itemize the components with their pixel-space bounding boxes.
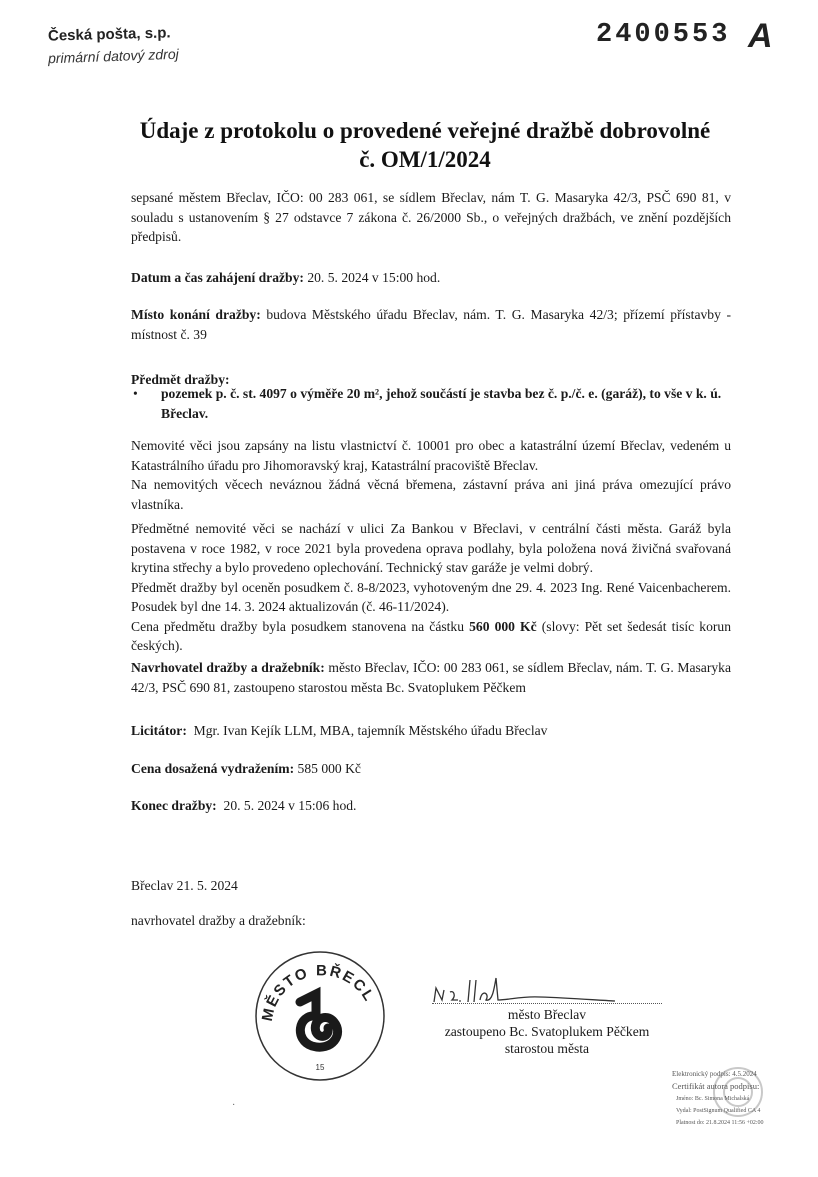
- final-price-value: 585 000 Kč: [294, 761, 361, 776]
- start-value: 20. 5. 2024 v 15:00 hod.: [304, 270, 440, 285]
- city-stamp-icon: MĚSTO BŘECLAV 15: [250, 944, 390, 1084]
- intro-paragraph: sepsané městem Břeclav, IČO: 00 283 061,…: [131, 188, 731, 247]
- document-number: 2400553: [596, 20, 730, 50]
- auctioneer: Licitátor: Mgr. Ivan Kejík LLM, MBA, taj…: [131, 721, 731, 741]
- auctioneer-value: Mgr. Ivan Kejík LLM, MBA, tajemník Městs…: [187, 723, 548, 738]
- auction-end: Konec dražby: 20. 5. 2024 v 15:06 hod.: [131, 796, 731, 816]
- bullet-icon: •: [133, 384, 138, 404]
- proposer-label: Navrhovatel dražby a dražebník:: [131, 660, 325, 675]
- document-title: Údaje z protokolu o provedené veřejné dr…: [100, 116, 750, 174]
- header-subtitle: primární datový zdroj: [48, 46, 179, 67]
- proposer-paragraph: Navrhovatel dražby a dražebník: město Bř…: [131, 658, 731, 697]
- auction-place: Místo konání dražby: budova Městského úř…: [131, 305, 731, 344]
- title-line-2: č. OM/1/2024: [100, 145, 750, 174]
- end-value: 20. 5. 2024 v 15:06 hod.: [217, 798, 357, 813]
- header-organization: Česká pošta, s.p.: [48, 24, 171, 44]
- signatory-label: navrhovatel dražby a dražebník:: [131, 911, 731, 931]
- final-price: Cena dosažená vydražením: 585 000 Kč: [131, 759, 731, 779]
- title-line-1: Údaje z protokolu o provedené veřejné dr…: [100, 116, 750, 145]
- start-label: Datum a čas zahájení dražby:: [131, 270, 304, 285]
- place-date: Břeclav 21. 5. 2024: [131, 876, 731, 896]
- scan-speck: ·: [232, 1100, 235, 1111]
- electronic-signature-block: Elektronický podpis: 4.5.2024 Certifikát…: [672, 1068, 818, 1129]
- signature-line: [432, 1003, 662, 1004]
- start-datetime: Datum a čas zahájení dražby: 20. 5. 2024…: [131, 268, 731, 288]
- place-label: Místo konání dražby:: [131, 307, 261, 322]
- end-label: Konec dražby:: [131, 798, 217, 813]
- signature-caption: město Břeclav zastoupeno Bc. Svatoplukem…: [420, 1006, 674, 1057]
- subject-item: • pozemek p. č. st. 4097 o výměře 20 m²,…: [131, 384, 731, 423]
- appraised-price: Cena předmětu dražby byla posudkem stano…: [131, 617, 731, 656]
- auctioneer-label: Licitátor:: [131, 723, 187, 738]
- registry-paragraph: Nemovité věci jsou zapsány na listu vlas…: [131, 436, 731, 514]
- document-suffix: A: [748, 17, 773, 56]
- description-paragraph: Předmětné nemovité věci se nachází v uli…: [131, 519, 731, 656]
- stamp-number: 15: [316, 1063, 325, 1072]
- appraised-price-value: 560 000 Kč: [469, 619, 537, 634]
- subject-list: • pozemek p. č. st. 4097 o výměře 20 m²,…: [131, 384, 731, 423]
- final-price-label: Cena dosažená vydražením:: [131, 761, 294, 776]
